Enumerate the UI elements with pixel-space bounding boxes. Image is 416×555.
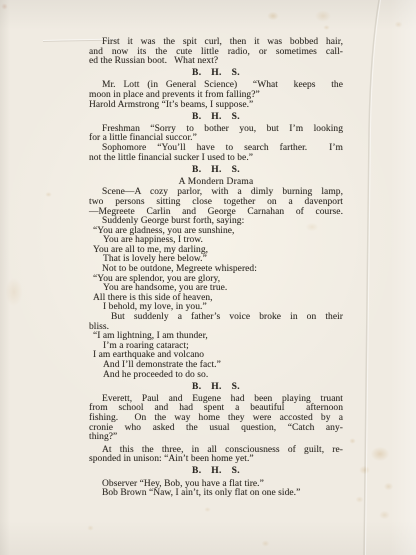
stain-spot — [265, 10, 281, 22]
text-line: cronie who asked the usual question, “Ca… — [89, 424, 343, 434]
text-line: Bob Brown “Naw, I ain’t, its only flat o… — [89, 489, 343, 499]
stain-spot — [393, 20, 404, 29]
paragraph-financial-joke: Freshman “Sorry to bother you, but I’m l… — [89, 125, 343, 163]
text-column: First it was the spit curl, then it was … — [89, 38, 343, 499]
section-divider: B. H. S. — [89, 467, 343, 477]
drama-section: A Mondern Drama Scene—A cozy parlor, wit… — [89, 178, 343, 380]
section-divider: B. H. S. — [89, 113, 343, 123]
stain-spot — [354, 495, 365, 504]
stain-spot — [2, 272, 26, 312]
stain-spot — [86, 524, 95, 532]
section-divider: B. H. S. — [89, 166, 343, 176]
text-line: Harold Armstrong “It’s beams, I suppose.… — [89, 101, 343, 111]
text-line: And he proceeded to do so. — [89, 371, 343, 381]
stain-spot — [260, 539, 271, 548]
scanned-page: First it was the spit curl, then it was … — [0, 0, 416, 555]
stain-spot — [377, 509, 392, 521]
drama-title: A Mondern Drama — [89, 178, 343, 188]
paragraph-truant-joke: Everett, Paul and Eugene had been playin… — [89, 395, 343, 465]
stain-spot — [203, 506, 212, 513]
section-divider: B. H. S. — [89, 69, 343, 79]
stain-spot — [322, 24, 331, 31]
stain-spot — [382, 481, 395, 492]
text-line: thing?” — [89, 433, 343, 443]
paragraph-flat-tire-joke: Observer “Hey, Bob, you have a flat tire… — [89, 480, 343, 499]
stain-spot — [348, 437, 357, 445]
stain-spot — [367, 444, 393, 464]
text-line: not the little financial sucker I used t… — [89, 154, 343, 164]
section-divider: B. H. S. — [89, 383, 343, 393]
stain-spot — [312, 8, 334, 24]
stain-spot — [357, 464, 372, 476]
paragraph-science-joke: Mr. Lott (in General Science) “What keep… — [89, 81, 343, 110]
paragraph-intro: First it was the spit curl, then it was … — [89, 38, 343, 67]
stain-spot — [0, 2, 9, 11]
text-line: ed the Russian boot. What next? — [89, 57, 343, 67]
text-line: But suddenly a father’s voice broke in o… — [89, 313, 343, 323]
stain-spot — [44, 191, 53, 198]
text-line: sponded in unison: “Ain’t been home yet.… — [89, 455, 343, 465]
